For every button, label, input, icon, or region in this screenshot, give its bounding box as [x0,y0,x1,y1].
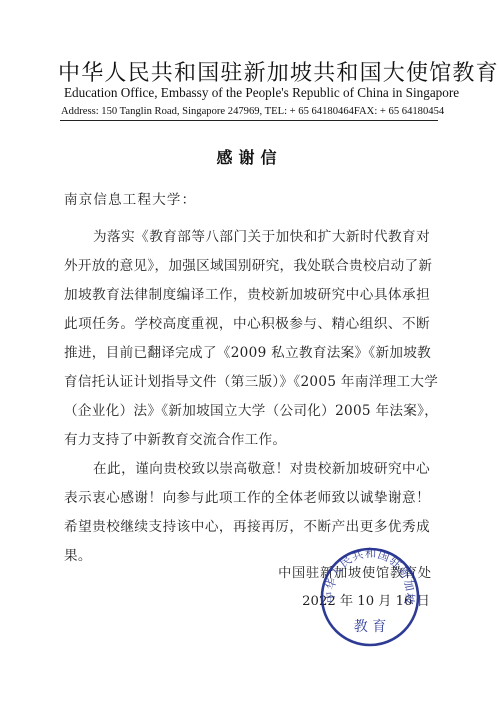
signature-org: 中国驻新加坡使馆教育处 [275,560,435,588]
signature-date: 2022 年 10 月 16 日 [275,588,435,616]
letter-body: 为落实《教育部等八部门关于加快和扩大新时代教育对 外开放的意见》，加强区域国别研… [64,223,430,571]
letterhead-org-cn: 中华人民共和国驻新加坡共和国大使馆教育处 [58,56,442,87]
signature-block: 中国驻新加坡使馆教育处 2022 年 10 月 16 日 [275,560,435,616]
stamp-center-text: 教 育 [354,618,386,635]
letterhead-address: Address: 150 Tanglin Road, Singapore 247… [61,106,354,117]
paragraph-1: 为落实《教育部等八部门关于加快和扩大新时代教育对 外开放的意见》，加强区域国别研… [64,223,430,455]
body-line: 有力支持了中新教育交流合作工作。 [64,426,430,455]
paragraph-2: 在此，谨向贵校致以崇高敬意！对贵校新加坡研究中心 表示衷心感谢！向参与此项工作的… [64,455,430,571]
body-line: （企业化）法》《新加坡国立大学（公司化）2005 年法案》， [64,397,430,426]
body-line: 为落实《教育部等八部门关于加快和扩大新时代教育对 [64,223,430,252]
letterhead-org-en: Education Office, Embassy of the People'… [64,85,436,101]
body-line: 此项任务。学校高度重视，中心积极参与、精心组织、不断 [64,310,430,339]
body-line: 推进，目前已翻译完成了《2009 私立教育法案》《新加坡教 [64,339,430,368]
body-line: 育信托认证计划指导文件（第三版）》《2005 年南洋理工大学 [64,368,430,397]
letter-title: 感谢信 [0,145,499,168]
body-line: 加坡教育法律制度编译工作，贵校新加坡研究中心具体承担 [64,281,430,310]
header-divider [60,120,438,121]
salutation: 南京信息工程大学： [64,188,196,208]
body-line: 表示衷心感谢！向参与此项工作的全体老师致以诚挚谢意！ [64,484,430,513]
body-line: 希望贵校继续支持该中心，再接再厉，不断产出更多优秀成 [64,513,430,542]
letterhead-fax: FAX: + 65 64180454 [354,106,444,117]
body-line: 外开放的意见》，加强区域国别研究，我处联合贵校启动了新 [64,252,430,281]
letterhead-contact: Address: 150 Tanglin Road, Singapore 247… [61,106,437,117]
body-line: 在此，谨向贵校致以崇高敬意！对贵校新加坡研究中心 [64,455,430,484]
